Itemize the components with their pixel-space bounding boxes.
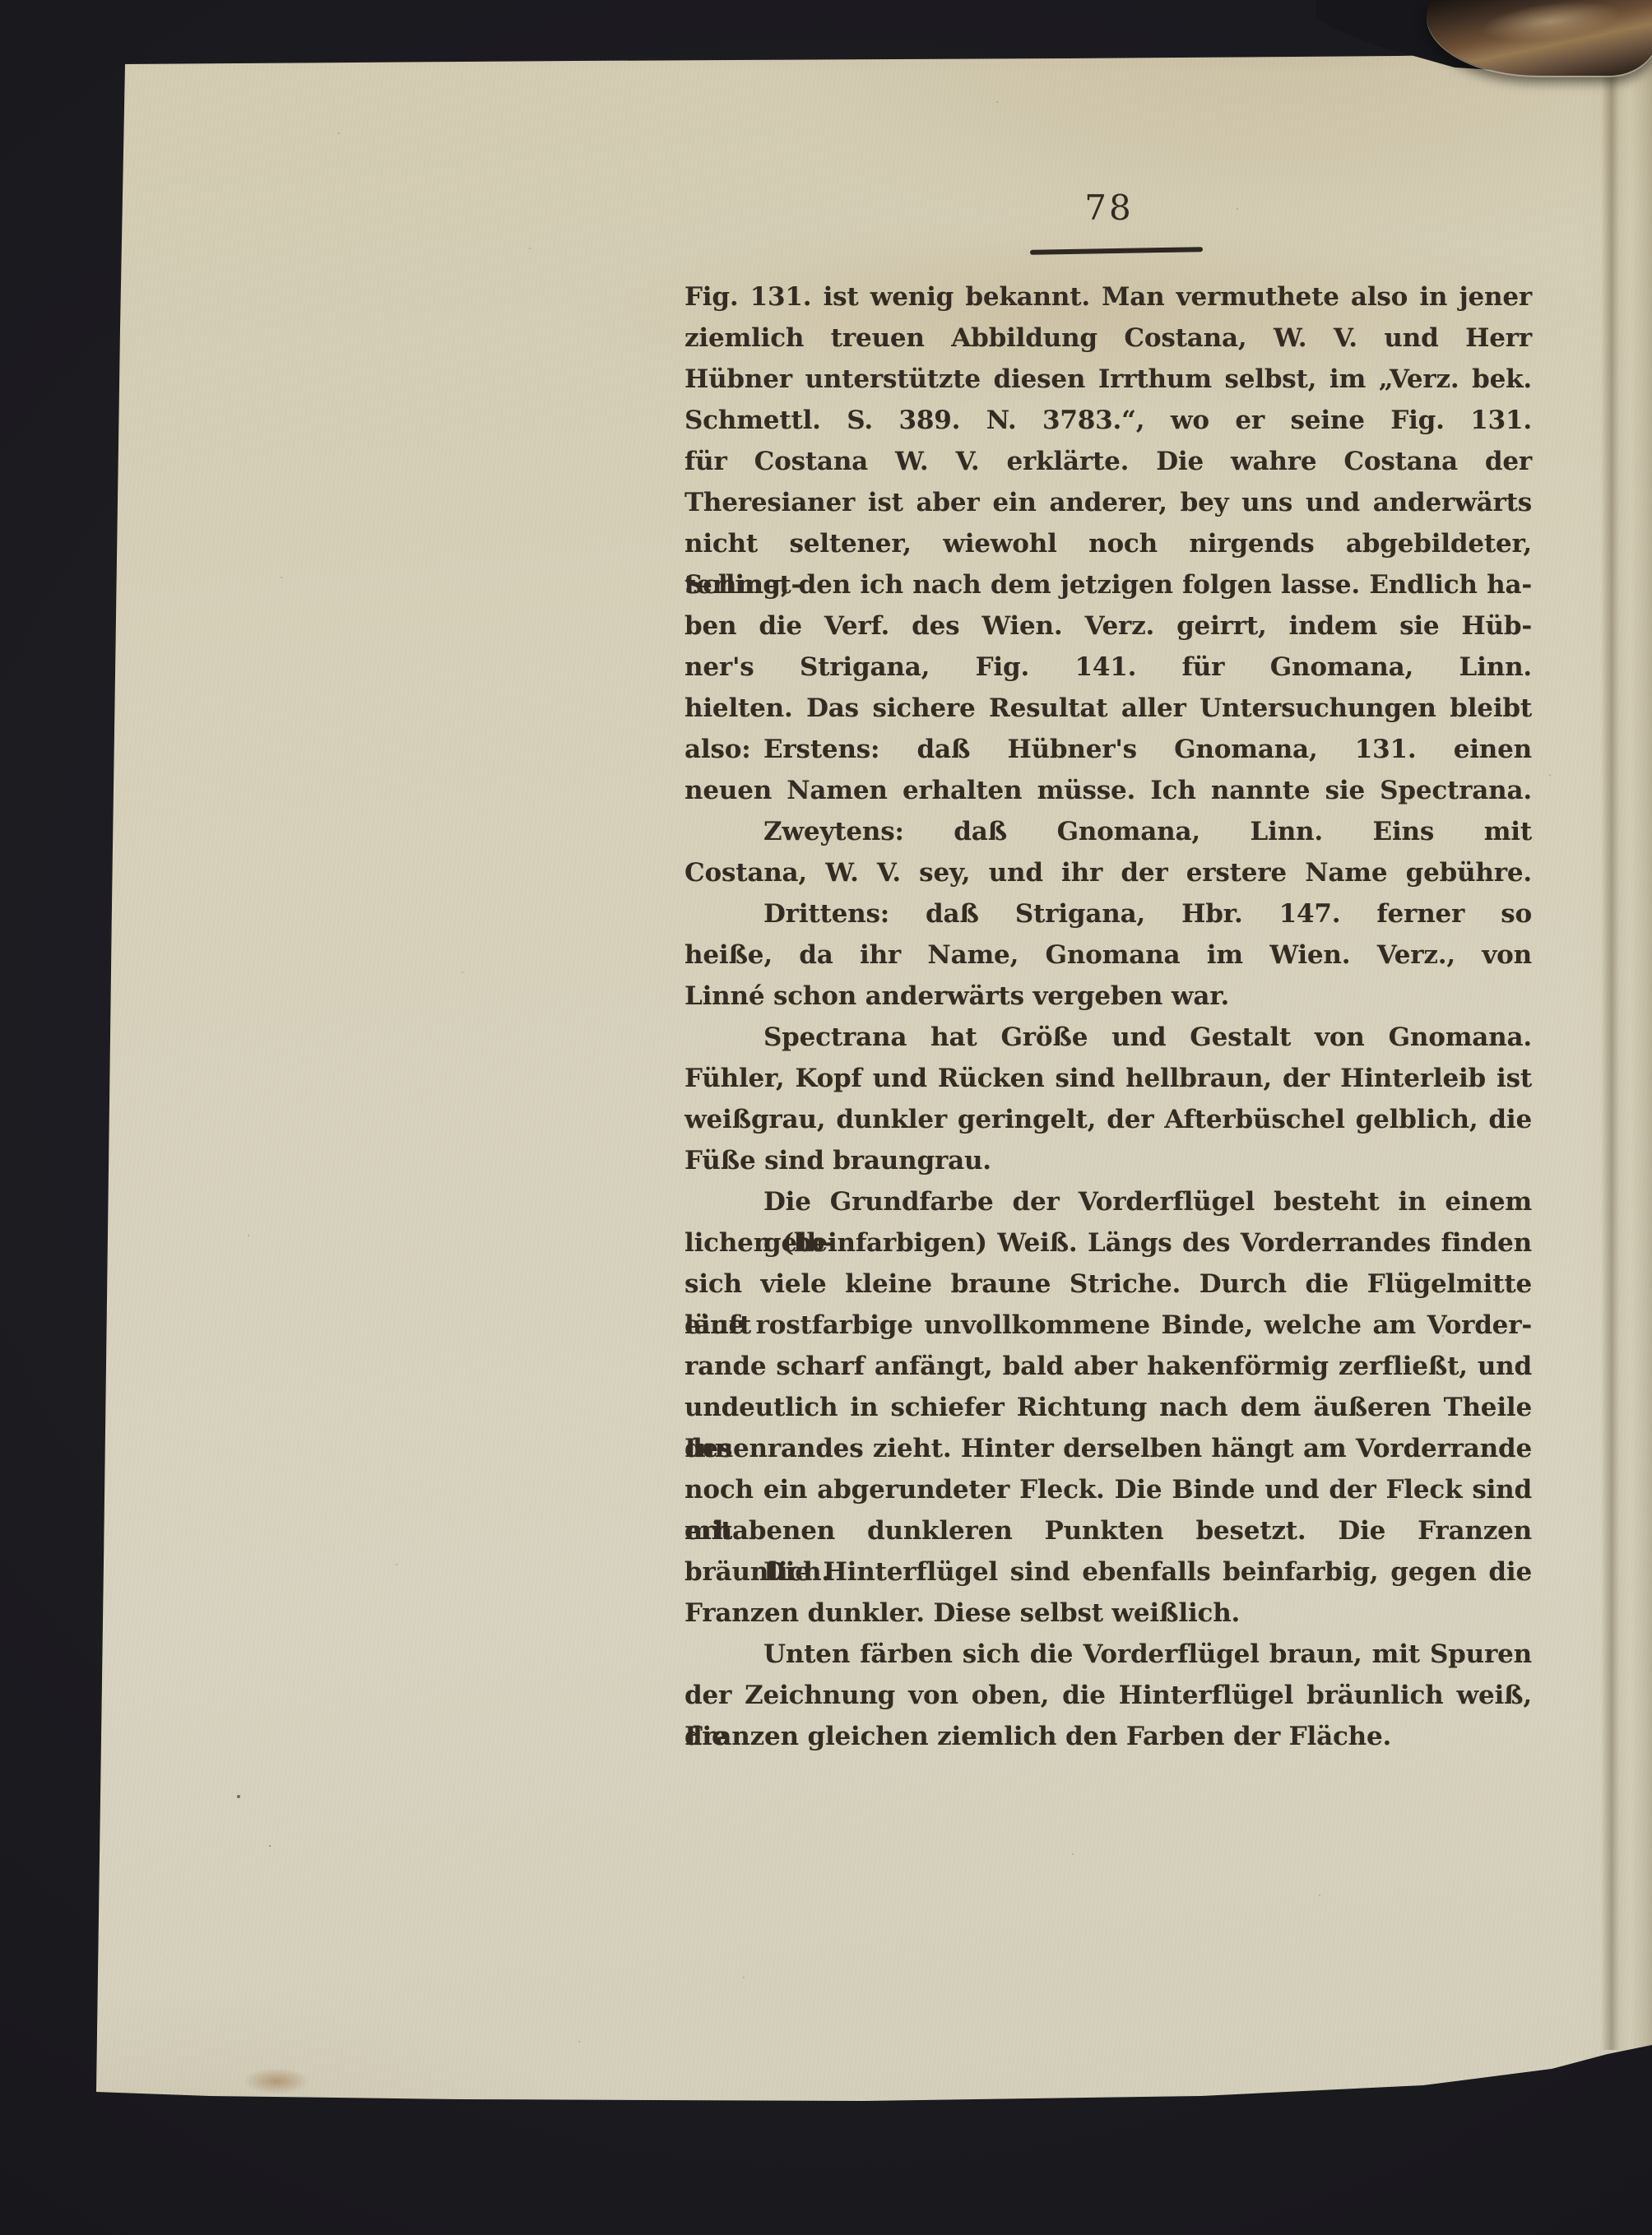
text-line: nicht seltener, wiewohl noch nirgends ab… bbox=[684, 523, 1532, 564]
text-line: lichen (beinfarbigen) Weiß. Längs des Vo… bbox=[684, 1222, 1532, 1264]
text-line: für Costana W. V. erklärte. Die wahre Co… bbox=[684, 441, 1532, 482]
book-page: 78 Fig. 131. ist wenig bekannt. Man verm… bbox=[0, 0, 1652, 2235]
text-line: terling, den ich nach dem jetzigen folge… bbox=[684, 564, 1532, 605]
page-number: 78 bbox=[1079, 189, 1139, 227]
text-line: eine rostfarbige unvollkommene Binde, we… bbox=[684, 1305, 1532, 1346]
text-line: Drittens: daß Strigana, Hbr. 147. ferner… bbox=[684, 893, 1532, 934]
page-fold-crease bbox=[1601, 53, 1652, 2050]
text-line: heiße, da ihr Name, Gnomana im Wien. Ver… bbox=[684, 934, 1532, 976]
paper-stain bbox=[244, 2068, 309, 2094]
text-line: Hübner unterstützte diesen Irrthum selbs… bbox=[684, 359, 1532, 400]
text-line: erhabenen dunkleren Punkten besetzt. Die… bbox=[684, 1510, 1532, 1551]
text-line: Die Hinterflügel sind ebenfalls beinfarb… bbox=[684, 1551, 1532, 1593]
text-line: hielten. Das sichere Resultat aller Unte… bbox=[684, 688, 1532, 729]
text-line: Costana, W. V. sey, und ihr der erstere … bbox=[684, 852, 1532, 893]
text-line: noch ein abgerundeter Fleck. Die Binde u… bbox=[684, 1469, 1532, 1510]
text-line: rande scharf anfängt, bald aber hakenför… bbox=[684, 1346, 1532, 1387]
text-line: neuen Namen erhalten müsse. Ich nannte s… bbox=[684, 770, 1532, 811]
page-number-rule bbox=[1030, 247, 1203, 255]
text-line: Franzen dunkler. Diese selbst weißlich. bbox=[684, 1593, 1532, 1634]
text-line: ziemlich treuen Abbildung Costana, W. V.… bbox=[684, 318, 1532, 359]
text-line: Füße sind braungrau. bbox=[684, 1140, 1532, 1181]
text-line: Erstens: daß Hübner's Gnomana, 131. eine… bbox=[684, 729, 1532, 770]
text-line: Die Grundfarbe der Vorderflügel besteht … bbox=[684, 1181, 1532, 1222]
page-text: Fig. 131. ist wenig bekannt. Man vermuth… bbox=[684, 276, 1532, 1757]
paper-speckles bbox=[0, 0, 3, 3]
text-line: Spectrana hat Größe und Gestalt von Gnom… bbox=[684, 1017, 1532, 1058]
text-line: Fühler, Kopf und Rücken sind hellbraun, … bbox=[684, 1058, 1532, 1099]
text-line: Innenrandes zieht. Hinter derselben häng… bbox=[684, 1428, 1532, 1469]
text-line: Schmettl. S. 389. N. 3783.“, wo er seine… bbox=[684, 400, 1532, 441]
text-line: Theresianer ist aber ein anderer, bey un… bbox=[684, 482, 1532, 523]
text-line: Zweytens: daß Gnomana, Linn. Eins mit bbox=[684, 811, 1532, 852]
text-line: Linné schon anderwärts vergeben war. bbox=[684, 976, 1532, 1017]
text-line: undeutlich in schiefer Richtung nach dem… bbox=[684, 1387, 1532, 1428]
text-line: sich viele kleine braune Striche. Durch … bbox=[684, 1264, 1532, 1305]
text-line: Fig. 131. ist wenig bekannt. Man vermuth… bbox=[684, 276, 1532, 318]
text-line: Unten färben sich die Vorderflügel braun… bbox=[684, 1634, 1532, 1675]
text-line: ben die Verf. des Wien. Verz. geirrt, in… bbox=[684, 605, 1532, 647]
text-line: ner's Strigana, Fig. 141. für Gnomana, L… bbox=[684, 647, 1532, 688]
text-line: der Zeichnung von oben, die Hinterflügel… bbox=[684, 1675, 1532, 1716]
scan-background: 78 Fig. 131. ist wenig bekannt. Man verm… bbox=[0, 0, 1652, 2235]
text-line: Franzen gleichen ziemlich den Farben der… bbox=[684, 1716, 1532, 1757]
text-line: weißgrau, dunkler geringelt, der Afterbü… bbox=[684, 1099, 1532, 1140]
